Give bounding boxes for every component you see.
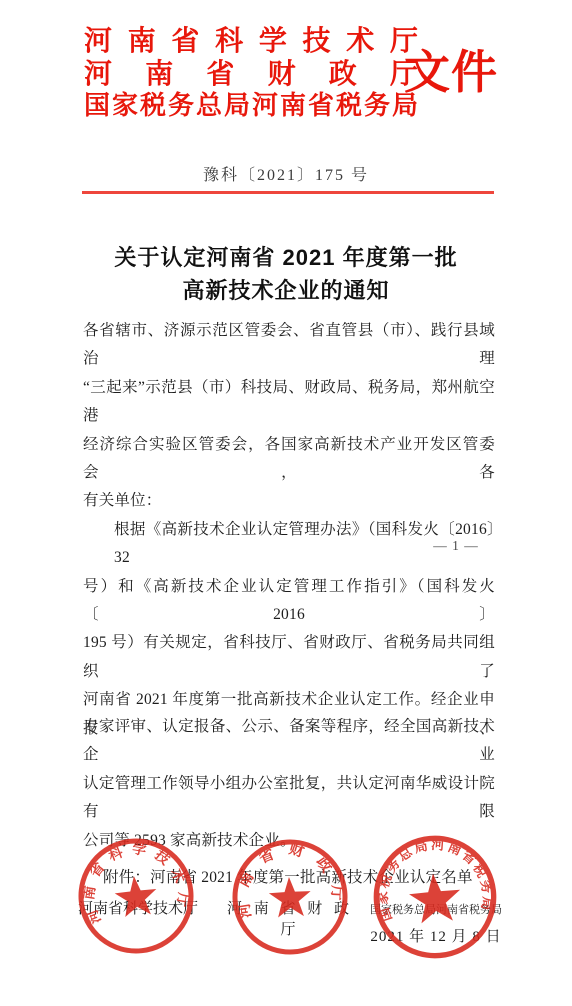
- body-line: 号）和《高新技术企业认定管理工作指引》（国科发火〔2016〕: [83, 573, 495, 630]
- letterhead-agency-3: 国家税务总局河南省税务局: [84, 90, 418, 121]
- body-line: 专家评审、认定报备、公示、备案等程序，经全国高新技术企业: [83, 713, 495, 770]
- body-line: 195 号）有关规定，省科技厅、省财政厅、省税务局共同组织了: [83, 629, 495, 686]
- seal-graphic: 河南省科学技术厅: [70, 830, 202, 962]
- seal-graphic: 河南省财政厅: [227, 834, 353, 960]
- red-divider-line: [82, 191, 494, 194]
- body-line: 各省辖市、济源示范区管委会、省直管县（市）、践行县域治理: [83, 317, 495, 374]
- document-title-line-1: 关于认定河南省 2021 年度第一批: [0, 241, 572, 274]
- body-page-1: 各省辖市、济源示范区管委会、省直管县（市）、践行县域治理 “三起来”示范县（市）…: [83, 317, 495, 743]
- official-seal-finance: 河南省财政厅: [227, 834, 353, 960]
- official-seal-science-tech: 河南省科学技术厅: [70, 830, 202, 962]
- scanned-official-document: { "header": { "agency1": "河南省科学技术厅", "ag…: [0, 0, 572, 1006]
- letterhead: 河南省科学技术厅 河南省财政厅 国家税务总局河南省税务局: [84, 24, 418, 121]
- official-seal-tax: 国家税务总局河南省税务局: [366, 828, 505, 967]
- star-icon: [113, 874, 159, 918]
- seal-graphic: 国家税务总局河南省税务局: [366, 828, 505, 967]
- star-icon: [407, 871, 462, 924]
- star-icon: [268, 876, 312, 918]
- body-line: 经济综合实验区管委会，各国家高新技术产业开发区管委会，各: [83, 431, 495, 488]
- letterhead-document-word: 文件: [404, 47, 498, 97]
- document-title-line-2: 高新技术企业的通知: [0, 274, 572, 307]
- body-line: 有关单位：: [83, 487, 495, 515]
- document-title: 关于认定河南省 2021 年度第一批 高新技术企业的通知: [0, 241, 572, 307]
- body-line: “三起来”示范县（市）科技局、财政局、税务局，郑州航空港: [83, 374, 495, 431]
- body-line: 认定管理工作领导小组办公室批复，共认定河南华威设计院有限: [83, 770, 495, 827]
- letterhead-agency-1: 河南省科学技术厅: [84, 24, 418, 57]
- page-number: — 1 —: [420, 538, 492, 554]
- document-number: 豫科〔2021〕175 号: [0, 162, 572, 185]
- letterhead-agency-2: 河南省财政厅: [84, 57, 418, 90]
